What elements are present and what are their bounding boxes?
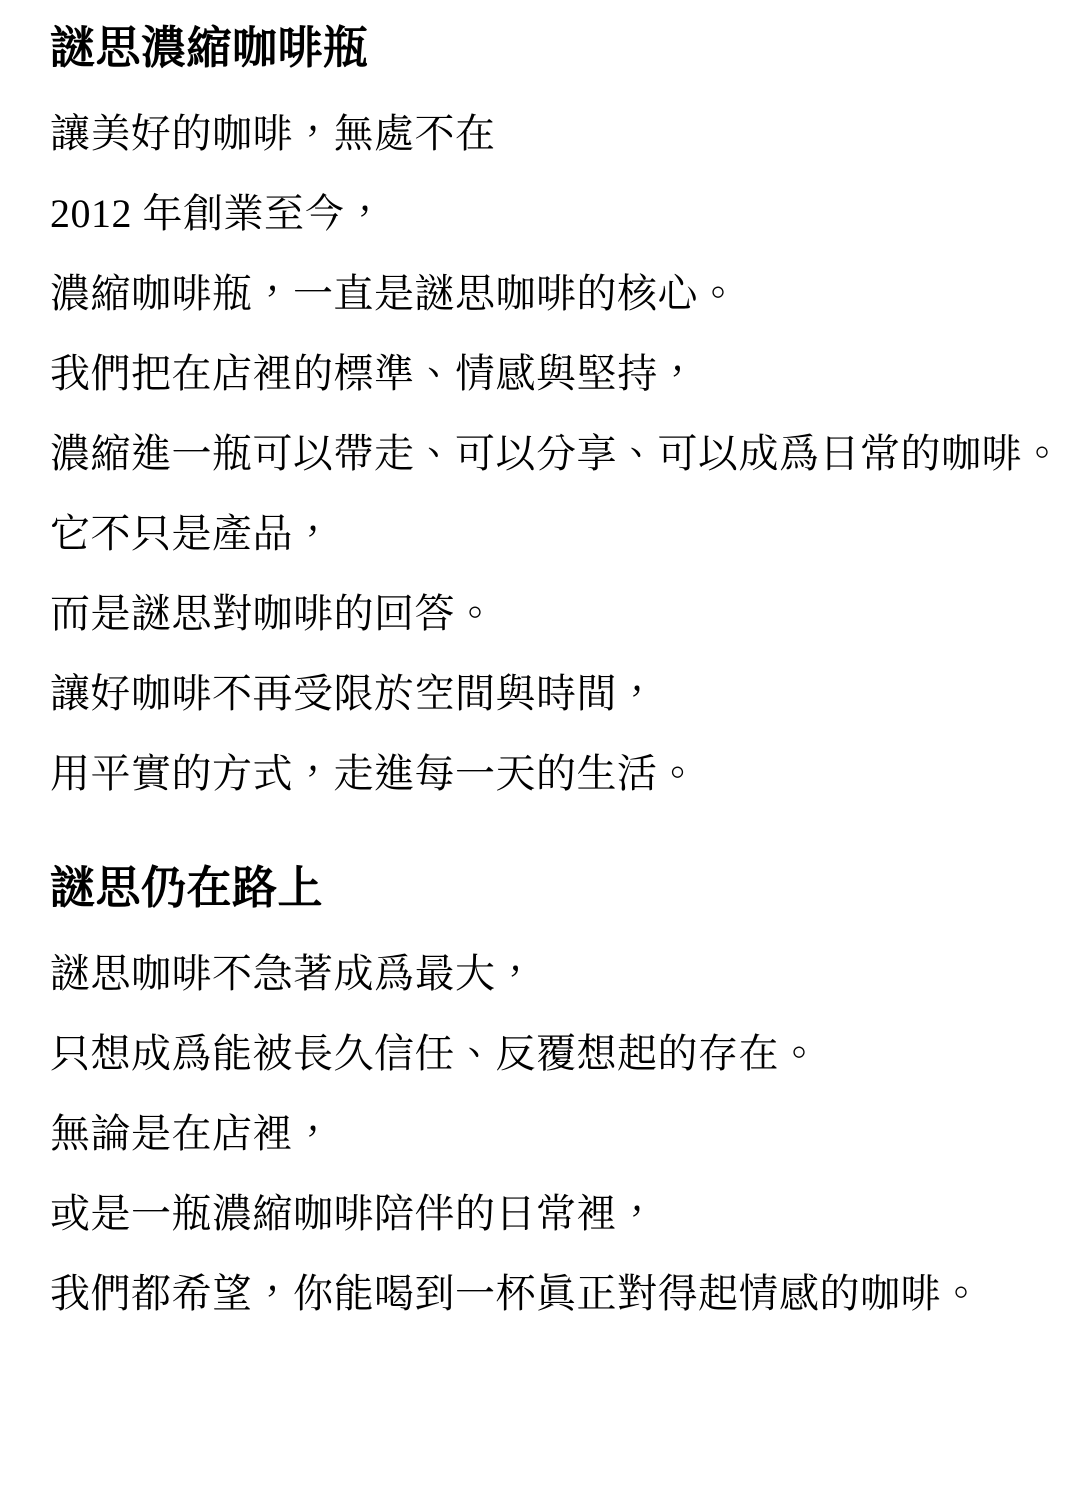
paragraph: 而是謎思對咖啡的回答。 xyxy=(50,591,1040,637)
section-heading-still-on-the-road: 謎思仍在路上 xyxy=(50,862,1040,914)
paragraph: 謎思咖啡不急著成爲最大， xyxy=(50,951,1040,997)
paragraph: 讓美好的咖啡，無處不在 xyxy=(50,111,1040,157)
paragraph: 無論是在店裡， xyxy=(50,1111,1040,1157)
paragraph: 我們把在店裡的標準、情感與堅持， xyxy=(50,351,1040,397)
section-heading-espresso-bottle: 謎思濃縮咖啡瓶 xyxy=(50,22,1040,74)
paragraph: 我們都希望，你能喝到一杯眞正對得起情感的咖啡。 xyxy=(50,1271,1040,1317)
paragraph: 或是一瓶濃縮咖啡陪伴的日常裡， xyxy=(50,1191,1040,1237)
document-page: 謎思濃縮咖啡瓶 讓美好的咖啡，無處不在 2012 年創業至今， 濃縮咖啡瓶，一直… xyxy=(0,0,1080,1500)
paragraph: 它不只是產品， xyxy=(50,511,1040,557)
paragraph: 濃縮進一瓶可以帶走、可以分享、可以成爲日常的咖啡。 xyxy=(50,431,1040,477)
paragraph: 讓好咖啡不再受限於空間與時間， xyxy=(50,671,1040,717)
paragraph: 濃縮咖啡瓶，一直是謎思咖啡的核心。 xyxy=(50,271,1040,317)
paragraph: 只想成爲能被長久信任、反覆想起的存在。 xyxy=(50,1031,1040,1077)
paragraph: 2012 年創業至今， xyxy=(50,191,1040,237)
section-espresso-bottle: 謎思濃縮咖啡瓶 讓美好的咖啡，無處不在 2012 年創業至今， 濃縮咖啡瓶，一直… xyxy=(50,22,1040,797)
section-still-on-the-road: 謎思仍在路上 謎思咖啡不急著成爲最大， 只想成爲能被長久信任、反覆想起的存在。 … xyxy=(50,862,1040,1317)
paragraph: 用平實的方式，走進每一天的生活。 xyxy=(50,751,1040,797)
